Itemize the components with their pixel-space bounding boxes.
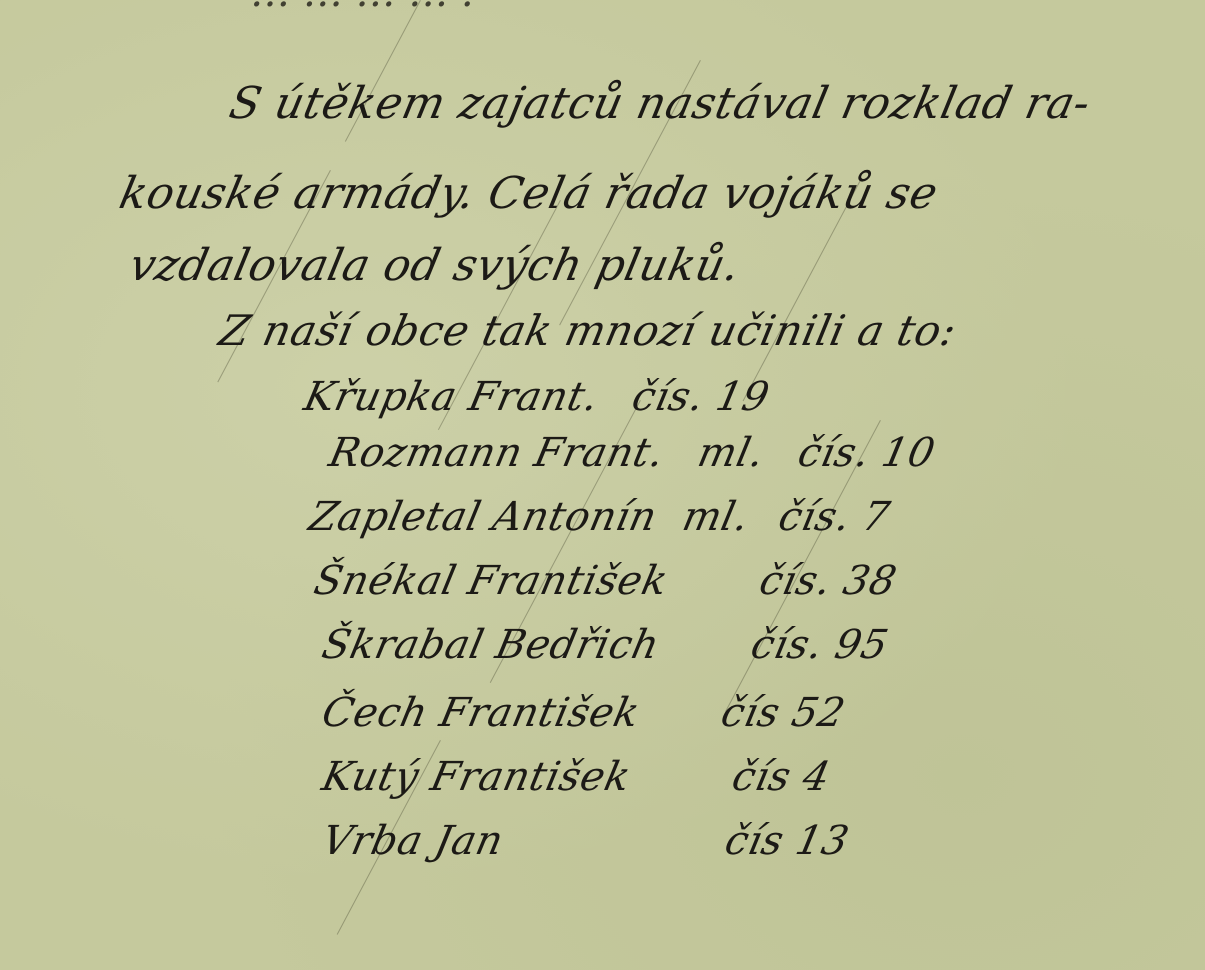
paragraph-line-1: S útěkem zajatců nastával rozklad ra- xyxy=(225,78,1095,129)
house-number: čís. 38 xyxy=(755,558,900,604)
person-name: Zapletal Antonín xyxy=(305,494,661,540)
person-name: Škrabal Bedřich xyxy=(318,622,664,668)
list-item: Zapletal Antonín ml. čís. 7 xyxy=(305,494,894,540)
person-name: Čech František xyxy=(318,690,644,736)
list-item: Rozmann Frant. ml. čís. 10 xyxy=(325,430,939,476)
person-name: Křupka Frant. xyxy=(300,374,603,420)
list-item: Vrba Jan čís 13 xyxy=(318,818,853,864)
house-number: čís 52 xyxy=(717,690,849,736)
list-item: Škrabal Bedřich čís. 95 xyxy=(318,622,892,668)
list-item: Křupka Frant. čís. 19 xyxy=(300,374,774,420)
list-item: Kutý František čís 4 xyxy=(318,754,834,800)
house-number: čís 4 xyxy=(728,754,834,800)
person-name: Rozmann Frant. xyxy=(325,430,668,476)
house-number: čís. 19 xyxy=(628,374,773,420)
person-name: Kutý František xyxy=(318,754,635,800)
street-label: ml. xyxy=(694,430,769,476)
house-number: čís. 95 xyxy=(747,622,892,668)
list-item: Šnékal František čís. 38 xyxy=(310,558,901,604)
list-item: Čech František čís 52 xyxy=(318,690,849,736)
street-label: ml. xyxy=(678,494,753,540)
paragraph-line-3: vzdalovala od svých pluků. xyxy=(125,240,745,291)
house-number: čís 13 xyxy=(721,818,853,864)
person-name: Vrba Jan xyxy=(318,818,508,864)
intro-line: Z naší obce tak mnozí učinili a to: xyxy=(215,306,961,355)
paragraph-line-2: kouské armády. Celá řada vojáků se xyxy=(115,168,942,219)
house-number: čís. 7 xyxy=(775,494,894,540)
cut-off-previous-line: … … … … . xyxy=(250,0,474,16)
chronicle-page: … … … … . S útěkem zajatců nastával rozk… xyxy=(0,0,1205,970)
person-name: Šnékal František xyxy=(310,558,672,604)
house-number: čís. 10 xyxy=(794,430,939,476)
